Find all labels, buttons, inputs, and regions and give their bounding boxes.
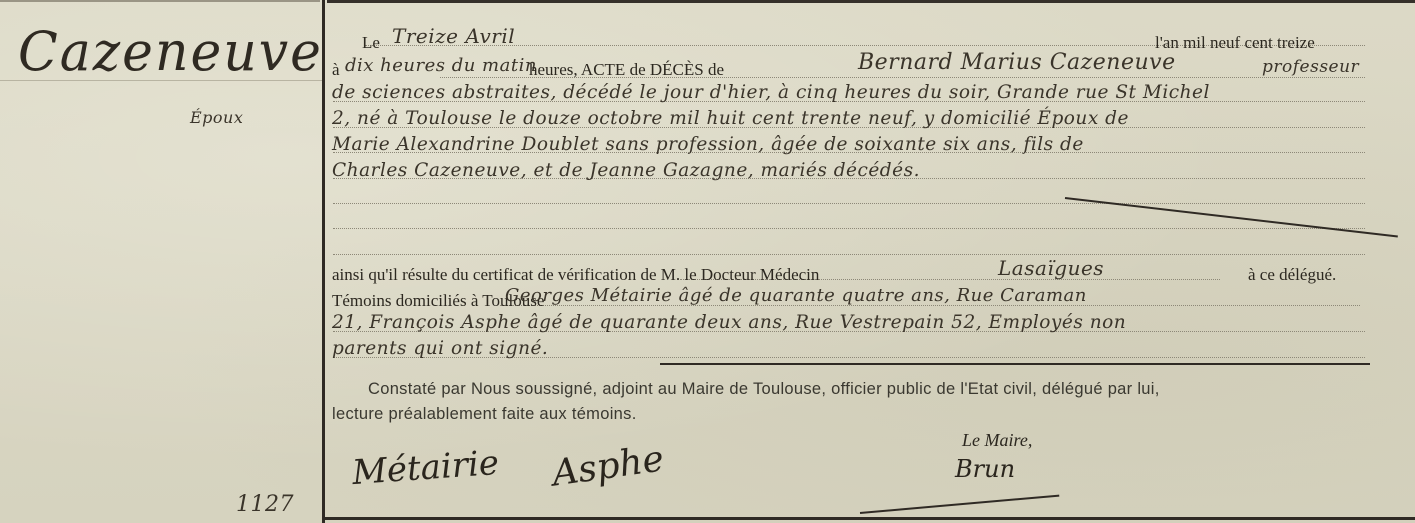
guide-line bbox=[333, 203, 1365, 204]
text-line-4: 2, né à Toulouse le douze octobre mil hu… bbox=[332, 108, 1129, 129]
line1-prefix: Le bbox=[362, 33, 380, 53]
closing-line-1: Constaté par Nous soussigné, adjoint au … bbox=[368, 380, 1160, 399]
text-line-5: Marie Alexandrine Doublet sans professio… bbox=[332, 134, 1084, 155]
profession: professeur bbox=[1262, 57, 1359, 77]
witness-line-1: Georges Métairie âgé de quarante quatre … bbox=[505, 285, 1087, 306]
doctor-name: Lasaïgues bbox=[998, 256, 1104, 280]
death-date: Treize Avril bbox=[392, 24, 515, 48]
line2-prefix: à bbox=[332, 60, 340, 80]
text-line-6: Charles Cazeneuve, et de Jeanne Gazagne,… bbox=[332, 160, 920, 181]
act-number: 1127 bbox=[236, 492, 294, 517]
guide-line bbox=[333, 254, 1365, 255]
witness-line-3: parents qui ont signé. bbox=[332, 338, 548, 359]
end-strike-line bbox=[660, 363, 1370, 365]
deceased-name: Bernard Marius Cazeneuve bbox=[858, 50, 1176, 75]
top-border bbox=[327, 0, 1415, 3]
signature-maire: Brun bbox=[955, 455, 1015, 483]
text-line-3: de sciences abstraites, décédé le jour d… bbox=[332, 82, 1210, 103]
maire-label: Le Maire, bbox=[962, 430, 1032, 451]
top-border-left bbox=[0, 0, 320, 2]
bottom-border bbox=[325, 517, 1415, 520]
witness-line-2: 21, François Asphe âgé de quarante deux … bbox=[332, 312, 1126, 333]
death-time: dix heures du matin bbox=[345, 55, 537, 76]
margin-surname: Cazeneuve bbox=[18, 21, 323, 84]
margin-status: Époux bbox=[190, 108, 243, 127]
closing-line-2: lecture préalablement faite aux témoins. bbox=[332, 405, 637, 424]
guide-line bbox=[333, 228, 1365, 229]
certificate-text: ainsi qu'il résulte du certificat de vér… bbox=[332, 265, 819, 285]
margin-guide bbox=[0, 80, 322, 81]
certificate-suffix: à ce délégué. bbox=[1248, 265, 1336, 285]
acte-deces-label: heures, ACTE de DÉCÈS de bbox=[529, 60, 724, 80]
year-text: l'an mil neuf cent treize bbox=[1155, 33, 1315, 53]
